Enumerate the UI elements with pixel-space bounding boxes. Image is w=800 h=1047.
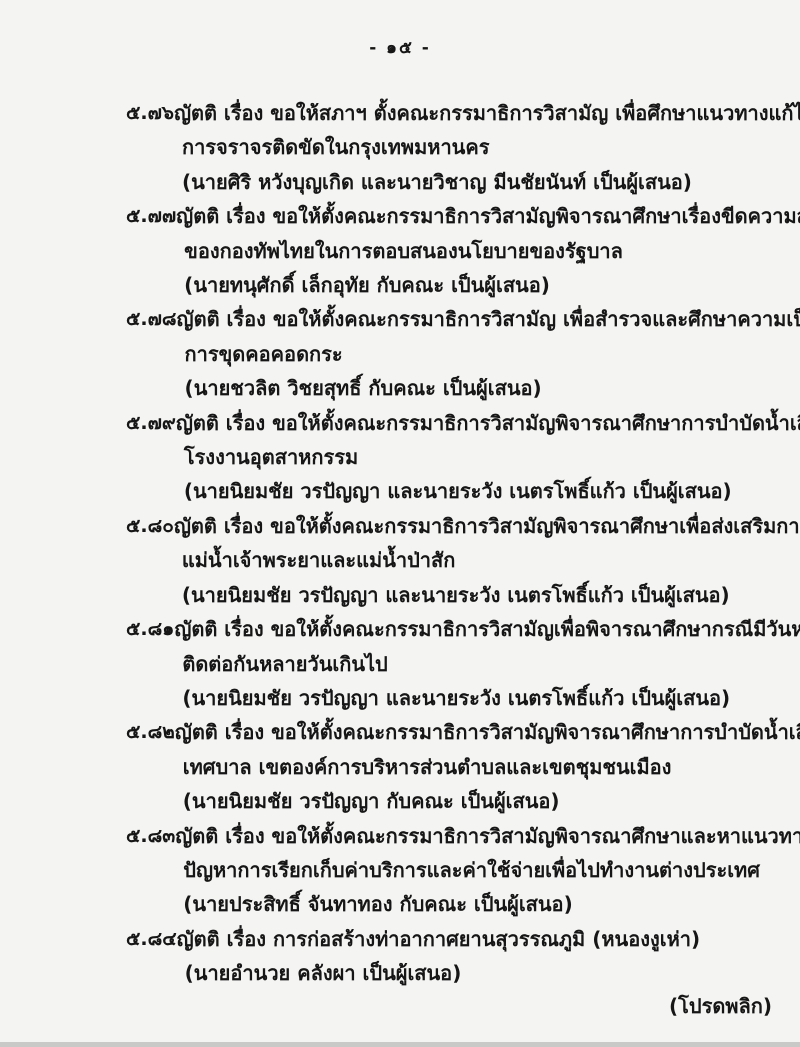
motion-item: ๕.๗๙ญัตติ เรื่อง ขอให้ตั้งคณะกรรมาธิการว…: [126, 406, 766, 509]
motion-title-line: ของกองทัพไทยในการตอบสนองนโยบายของรัฐบาล: [176, 234, 766, 268]
motion-number: ๕.๘๑: [126, 612, 174, 646]
motion-title-line: ญัตติ เรื่อง ขอให้ตั้งคณะกรรมาธิการวิสาม…: [175, 715, 766, 749]
motion-text: ญัตติ เรื่อง ขอให้ตั้งคณะกรรมาธิการวิสาม…: [177, 302, 766, 405]
page-number: - ๑๕ -: [0, 34, 800, 61]
motion-proposer-line: (นายนิยมชัย วรปัญญา และนายระวัง เนตรโพธิ…: [176, 474, 766, 508]
scan-bottom-edge: [0, 1042, 800, 1047]
motion-title-line: ญัตติ เรื่อง ขอให้ตั้งคณะกรรมาธิการวิสาม…: [174, 612, 766, 646]
motion-number: ๕.๗๘: [126, 302, 177, 336]
motion-title-line: ติดต่อกันหลายวันเกินไป: [174, 647, 766, 681]
motion-proposer-line: (นายทนุศักดิ์ เล็กอุทัย กับคณะ เป็นผู้เส…: [176, 268, 766, 302]
motion-number: ๕.๗๗: [126, 199, 176, 233]
motion-proposer-line: (นายนิยมชัย วรปัญญา และนายระวัง เนตรโพธิ…: [174, 578, 766, 612]
motion-text: ญัตติ เรื่อง การก่อสร้างท่าอากาศยานสุวรร…: [177, 922, 766, 991]
motion-title-line: ญัตติ เรื่อง ขอให้ตั้งคณะกรรมาธิการวิสาม…: [176, 199, 766, 233]
motion-text: ญัตติ เรื่อง ขอให้ตั้งคณะกรรมาธิการวิสาม…: [176, 199, 766, 302]
motion-proposer-line: (นายประสิทธิ์ จันทาทอง กับคณะ เป็นผู้เสน…: [175, 887, 766, 921]
motion-title-line: การจราจรติดขัดในกรุงเทพมหานคร: [174, 130, 766, 164]
motion-title-line: ญัตติ เรื่อง ขอให้สภาฯ ตั้งคณะกรรมาธิการ…: [174, 96, 766, 130]
motion-number: ๕.๗๖: [126, 96, 174, 130]
motion-item: ๕.๘๑ญัตติ เรื่อง ขอให้ตั้งคณะกรรมาธิการว…: [126, 612, 766, 715]
motion-title-line: ปัญหาการเรียกเก็บค่าบริการและค่าใช้จ่ายเ…: [175, 853, 766, 887]
motion-title-line: ญัตติ เรื่อง ขอให้ตั้งคณะกรรมาธิการวิสาม…: [174, 509, 766, 543]
motion-proposer-line: (นายอำนวย คลังผา เป็นผู้เสนอ): [177, 956, 766, 990]
motion-number: ๕.๘๔: [126, 922, 177, 956]
motion-list: ๕.๗๖ญัตติ เรื่อง ขอให้สภาฯ ตั้งคณะกรรมาธ…: [126, 96, 766, 991]
motion-proposer-line: (นายชวลิต วิชยสุทธิ์ กับคณะ เป็นผู้เสนอ): [177, 371, 766, 405]
motion-text: ญัตติ เรื่อง ขอให้ตั้งคณะกรรมาธิการวิสาม…: [175, 715, 766, 818]
motion-proposer-line: (นายศิริ หวังบุญเกิด และนายวิชาญ มีนชัยน…: [174, 165, 766, 199]
motion-proposer-line: (นายนิยมชัย วรปัญญา และนายระวัง เนตรโพธิ…: [174, 681, 766, 715]
motion-number: ๕.๘๐: [126, 509, 174, 543]
motion-proposer-line: (นายนิยมชัย วรปัญญา กับคณะ เป็นผู้เสนอ): [175, 784, 766, 818]
motion-item: ๕.๘๓ญัตติ เรื่อง ขอให้ตั้งคณะกรรมาธิการว…: [126, 819, 766, 922]
motion-title-line: ญัตติ เรื่อง การก่อสร้างท่าอากาศยานสุวรร…: [177, 922, 766, 956]
motion-text: ญัตติ เรื่อง ขอให้ตั้งคณะกรรมาธิการวิสาม…: [175, 819, 766, 922]
motion-number: ๕.๘๒: [126, 715, 175, 749]
motion-number: ๕.๗๙: [126, 406, 176, 440]
motion-title-line: โรงงานอุตสาหกรรม: [176, 440, 766, 474]
motion-text: ญัตติ เรื่อง ขอให้ตั้งคณะกรรมาธิการวิสาม…: [176, 406, 766, 509]
motion-title-line: แม่น้ำเจ้าพระยาและแม่น้ำป่าสัก: [174, 543, 766, 577]
motion-item: ๕.๗๖ญัตติ เรื่อง ขอให้สภาฯ ตั้งคณะกรรมาธ…: [126, 96, 766, 199]
motion-item: ๕.๘๒ญัตติ เรื่อง ขอให้ตั้งคณะกรรมาธิการว…: [126, 715, 766, 818]
motion-number: ๕.๘๓: [126, 819, 175, 853]
motion-item: ๕.๘๔ญัตติ เรื่อง การก่อสร้างท่าอากาศยานส…: [126, 922, 766, 991]
motion-item: ๕.๗๘ญัตติ เรื่อง ขอให้ตั้งคณะกรรมาธิการว…: [126, 302, 766, 405]
motion-title-line: ญัตติ เรื่อง ขอให้ตั้งคณะกรรมาธิการวิสาม…: [176, 406, 766, 440]
motion-item: ๕.๘๐ญัตติ เรื่อง ขอให้ตั้งคณะกรรมาธิการว…: [126, 509, 766, 612]
motion-text: ญัตติ เรื่อง ขอให้ตั้งคณะกรรมาธิการวิสาม…: [174, 509, 766, 612]
document-page: - ๑๕ - ๕.๗๖ญัตติ เรื่อง ขอให้สภาฯ ตั้งคณ…: [0, 0, 800, 1047]
turn-over-note: (โปรดพลิก): [669, 990, 772, 1022]
motion-title-line: ญัตติ เรื่อง ขอให้ตั้งคณะกรรมาธิการวิสาม…: [175, 819, 766, 853]
motion-text: ญัตติ เรื่อง ขอให้ตั้งคณะกรรมาธิการวิสาม…: [174, 612, 766, 715]
motion-title-line: เทศบาล เขตองค์การบริหารส่วนตำบลและเขตชุม…: [175, 750, 766, 784]
motion-item: ๕.๗๗ญัตติ เรื่อง ขอให้ตั้งคณะกรรมาธิการว…: [126, 199, 766, 302]
motion-title-line: ญัตติ เรื่อง ขอให้ตั้งคณะกรรมาธิการวิสาม…: [177, 302, 766, 336]
motion-title-line: การขุดคอคอดกระ: [177, 337, 766, 371]
motion-text: ญัตติ เรื่อง ขอให้สภาฯ ตั้งคณะกรรมาธิการ…: [174, 96, 766, 199]
